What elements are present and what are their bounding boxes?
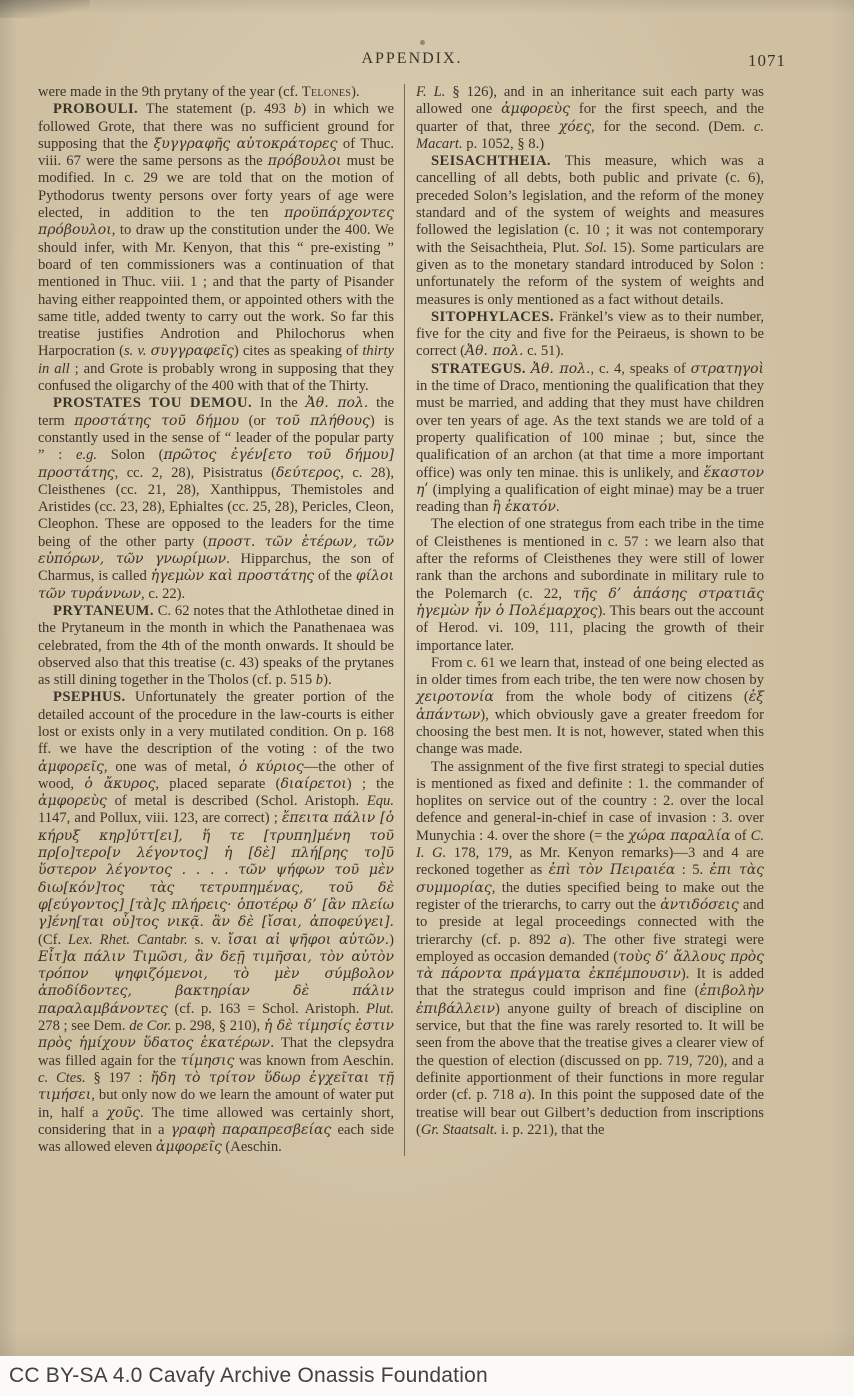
entry-prytaneum: PRYTANEUM. C. 62 notes that the Athlothe… (38, 603, 394, 689)
right-column: F. L. § 126), and in an inheritance suit… (416, 84, 764, 1156)
entry-probouli: PROBOULI. The statement (p. 493 b) in wh… (38, 101, 394, 395)
column-divider-rule (404, 84, 405, 1156)
entry-seisachtheia: SEISACHTHEIA. This measure, which was a … (416, 153, 764, 309)
left-column: were made in the 9th prytany of the year… (38, 84, 394, 1156)
book-page-scan: APPENDIX. 1071 were made in the 9th pryt… (0, 0, 854, 1356)
entry-prostates-tou-demou: PROSTATES TOU DEMOU. In the Ἀθ. πολ. the… (38, 395, 394, 603)
license-bar: CC BY-SA 4.0 Cavafy Archive Onassis Foun… (0, 1356, 854, 1396)
page-number: 1071 (748, 51, 786, 71)
entry-psephus: PSEPHUS. Unfortunately the greater porti… (38, 689, 394, 1156)
license-text: CC BY-SA 4.0 Cavafy Archive Onassis Foun… (0, 1364, 488, 1388)
ink-speck (420, 40, 425, 45)
page-header: APPENDIX. 1071 (38, 50, 786, 74)
entry-strategus-c61: From c. 61 we learn that, instead of one… (416, 655, 764, 759)
entry-strategus: STRATEGUS. Ἀθ. πολ., c. 4, speaks of στρ… (416, 361, 764, 517)
running-head: APPENDIX. (38, 50, 786, 68)
page-corner-shadow (0, 0, 90, 18)
entry-psephus-continuation: F. L. § 126), and in an inheritance suit… (416, 84, 764, 153)
entry-strategus-assignment: The assignment of the five first strateg… (416, 759, 764, 1140)
entry-sitophylaces: SITOPHYLACES. Fränkel’s view as to their… (416, 309, 764, 361)
entry-telones-continuation: were made in the 9th prytany of the year… (38, 84, 394, 101)
entry-strategus-election: The election of one strategus from each … (416, 516, 764, 654)
text-columns: were made in the 9th prytany of the year… (38, 84, 786, 1156)
